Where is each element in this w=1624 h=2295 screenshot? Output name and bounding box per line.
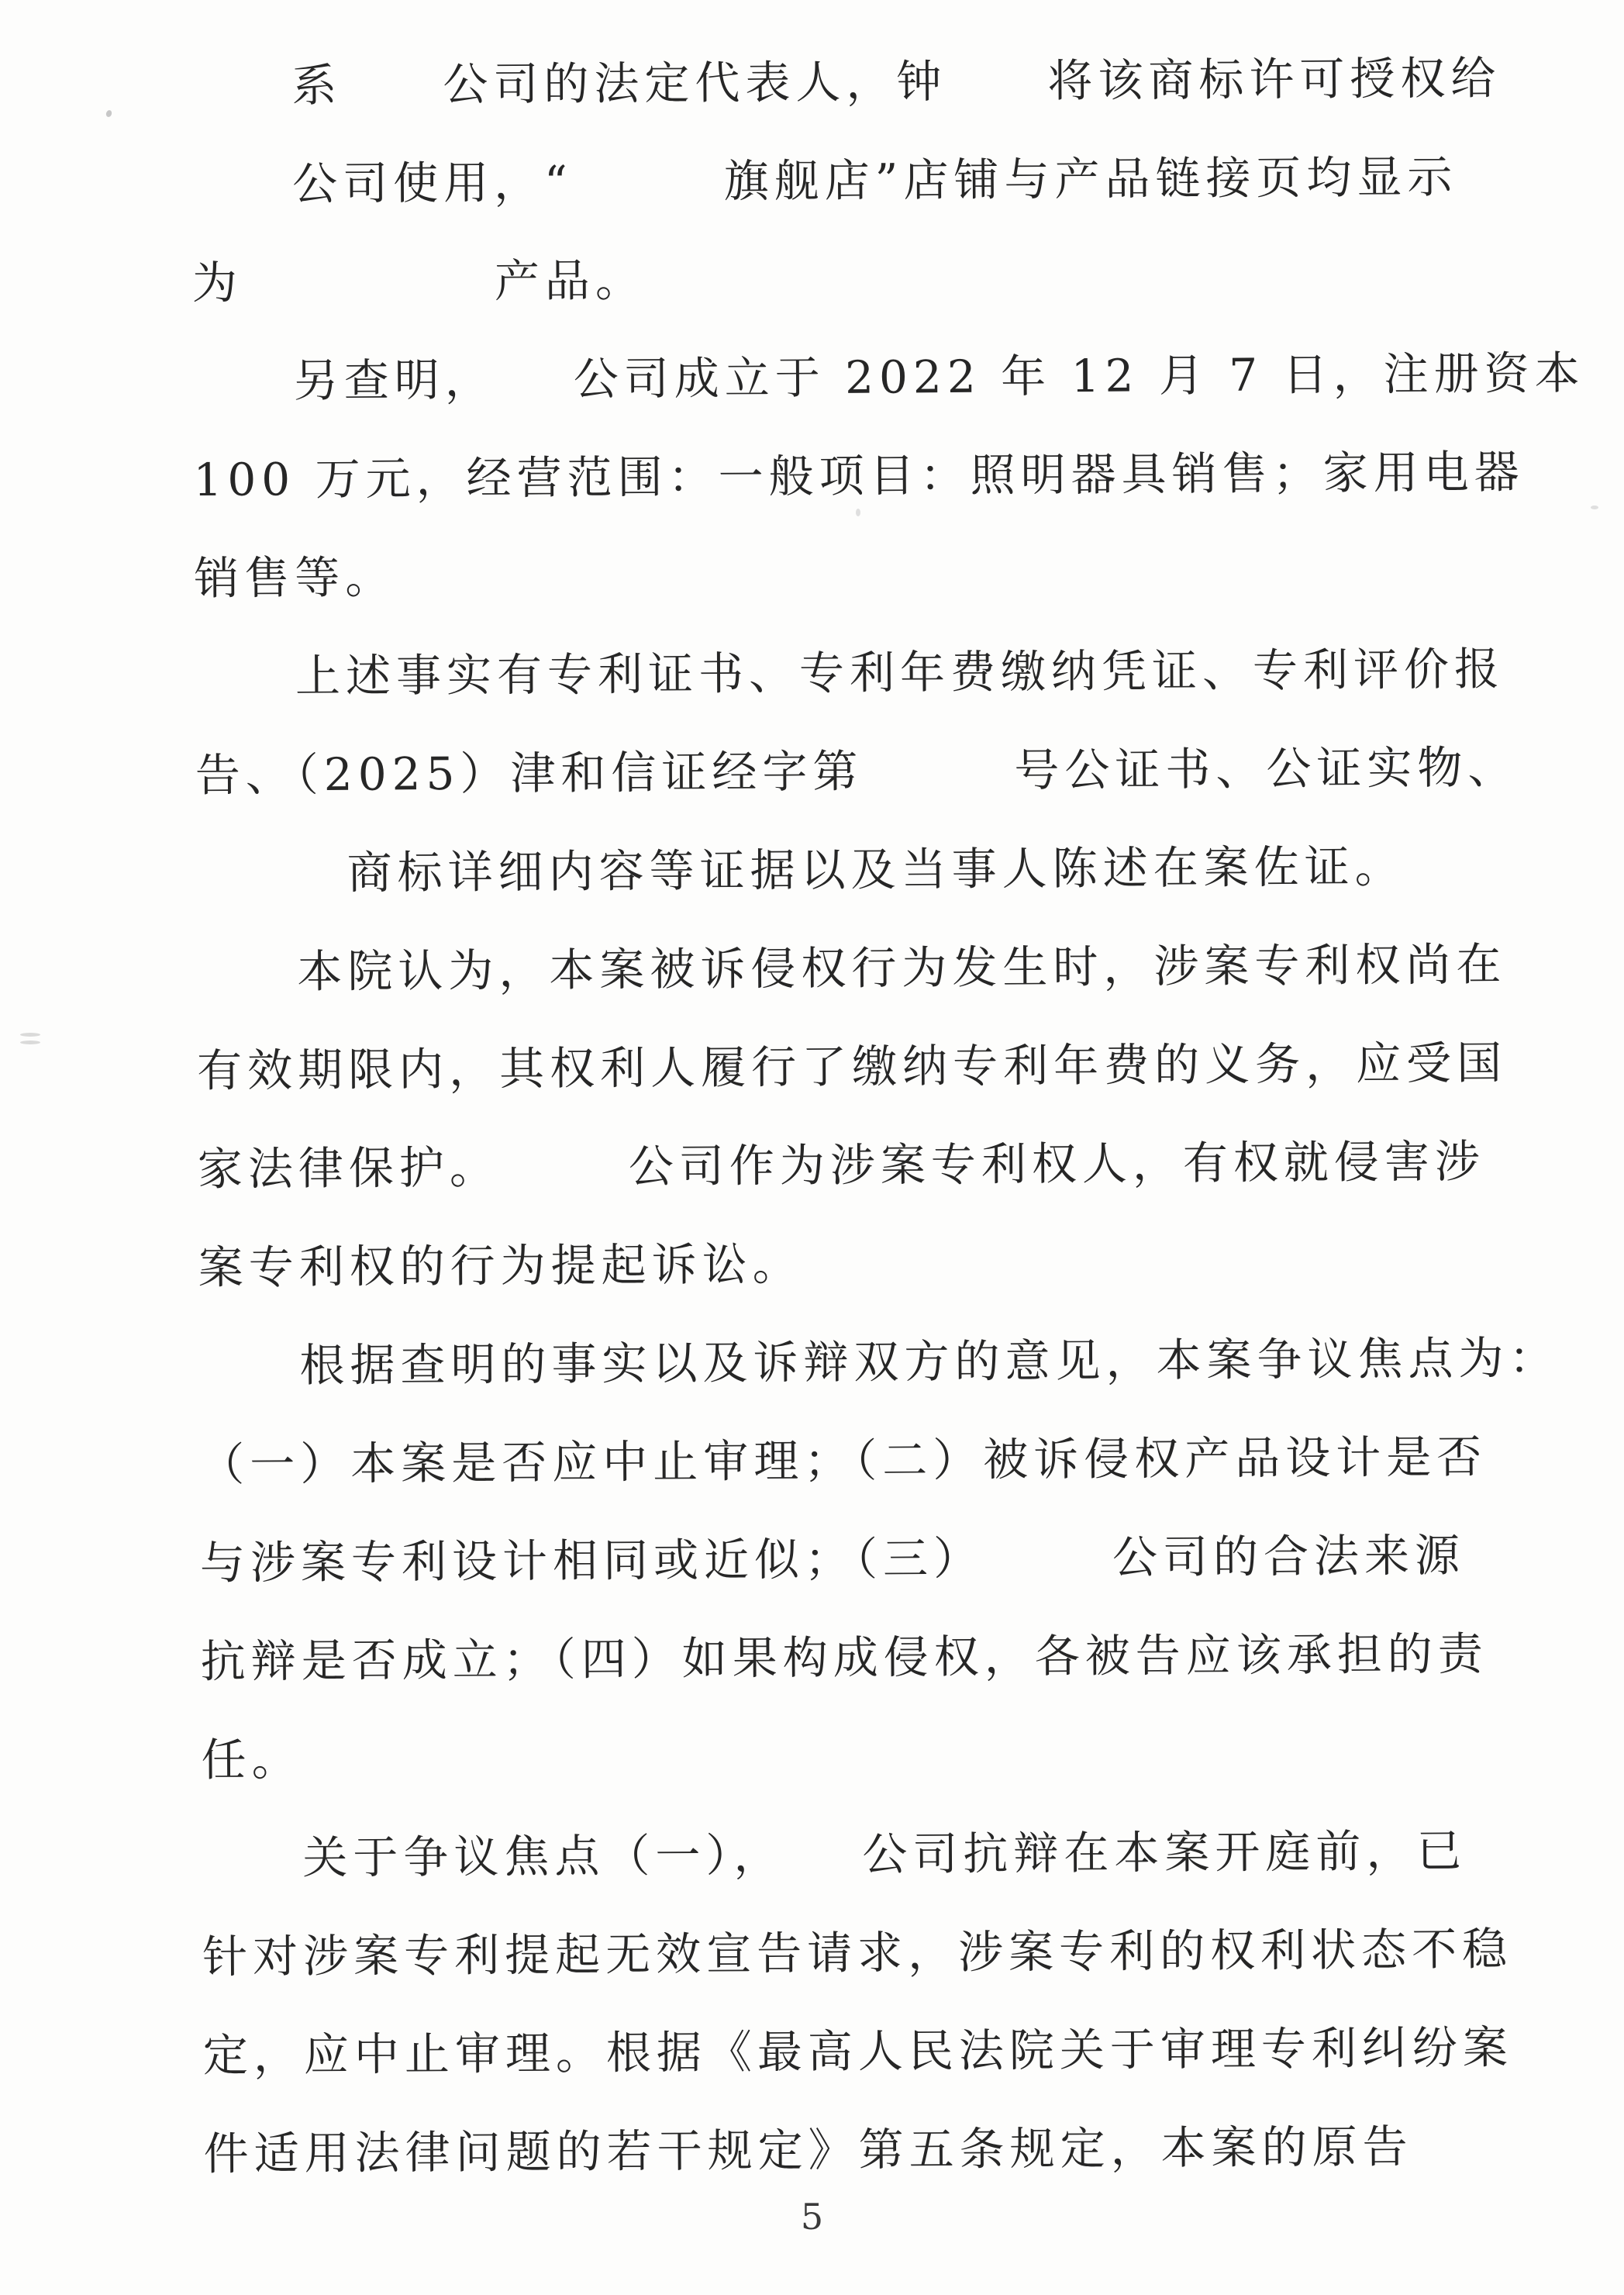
text-line: 另查明， 公司成立于 2022 年 12 月 7 日，注册资本 (192, 324, 1534, 431)
text-line: 案专利权的行为提起诉讼。 (198, 1210, 1540, 1317)
text-line: 关于争议焦点（一）， 公司抗辩在本案开庭前，已 (202, 1801, 1543, 1908)
text-line: 有效期限内，其权利人履行了缴纳专利年费的义务，应受国 (197, 1013, 1539, 1120)
scan-artifact (20, 1033, 40, 1037)
text-line: （一）本案是否应中止审理；（二）被诉侵权产品设计是否 (199, 1407, 1541, 1514)
text-line: 系 公司的法定代表人，钟 将该商标许可授权给 (191, 29, 1533, 136)
text-line: 100 万元，经营范围：一般项目：照明器具销售；家用电器 (193, 423, 1535, 530)
body-text: 系 公司的法定代表人，钟 将该商标许可授权给 公司使用，“ 旗舰店”店铺与产品链… (191, 29, 1545, 2204)
scan-artifact (1591, 506, 1598, 509)
text-line: 销售等。 (194, 521, 1536, 628)
text-line: 定，应中止审理。根据《最高人民法院关于审理专利纠纷案 (203, 1998, 1545, 2105)
text-line: 本院认为，本案被诉侵权行为发生时，涉案专利权尚在 (196, 915, 1538, 1022)
text-line: 告、（2025）津和信证经字第 号公证书、公证实物、 (195, 718, 1536, 825)
scan-artifact (1336, 978, 1342, 983)
scan-artifact (856, 509, 860, 516)
text-line: 与涉案专利设计相同或近似；（三） 公司的合法来源 (200, 1506, 1542, 1613)
document-page: 系 公司的法定代表人，钟 将该商标许可授权给 公司使用，“ 旗舰店”店铺与产品链… (0, 0, 1624, 2295)
text-line: 根据查明的事实以及诉辩双方的意见，本案争议焦点为： (198, 1309, 1540, 1416)
scan-artifact (105, 109, 113, 118)
page-number: 5 (0, 2196, 1624, 2238)
text-line: 针对涉案专利提起无效宣告请求，涉案专利的权利状态不稳 (202, 1900, 1544, 2007)
text-line: 抗辩是否成立；（四）如果构成侵权，各被告应该承担的责 (200, 1604, 1542, 1711)
text-line: 商标详细内容等证据以及当事人陈述在案佐证。 (195, 816, 1537, 923)
text-line: 任。 (201, 1703, 1543, 1810)
text-line: 为 产品。 (192, 226, 1534, 333)
text-line: 公司使用，“ 旗舰店”店铺与产品链接页均显示 (191, 127, 1533, 234)
text-line: 件适用法律问题的若干规定》第五条规定，本案的原告 (203, 2097, 1545, 2204)
text-line: 上述事实有专利证书、专利年费缴纳凭证、专利评价报 (195, 619, 1536, 726)
text-line: 家法律保护。 公司作为涉案专利权人，有权就侵害涉 (198, 1112, 1540, 1219)
